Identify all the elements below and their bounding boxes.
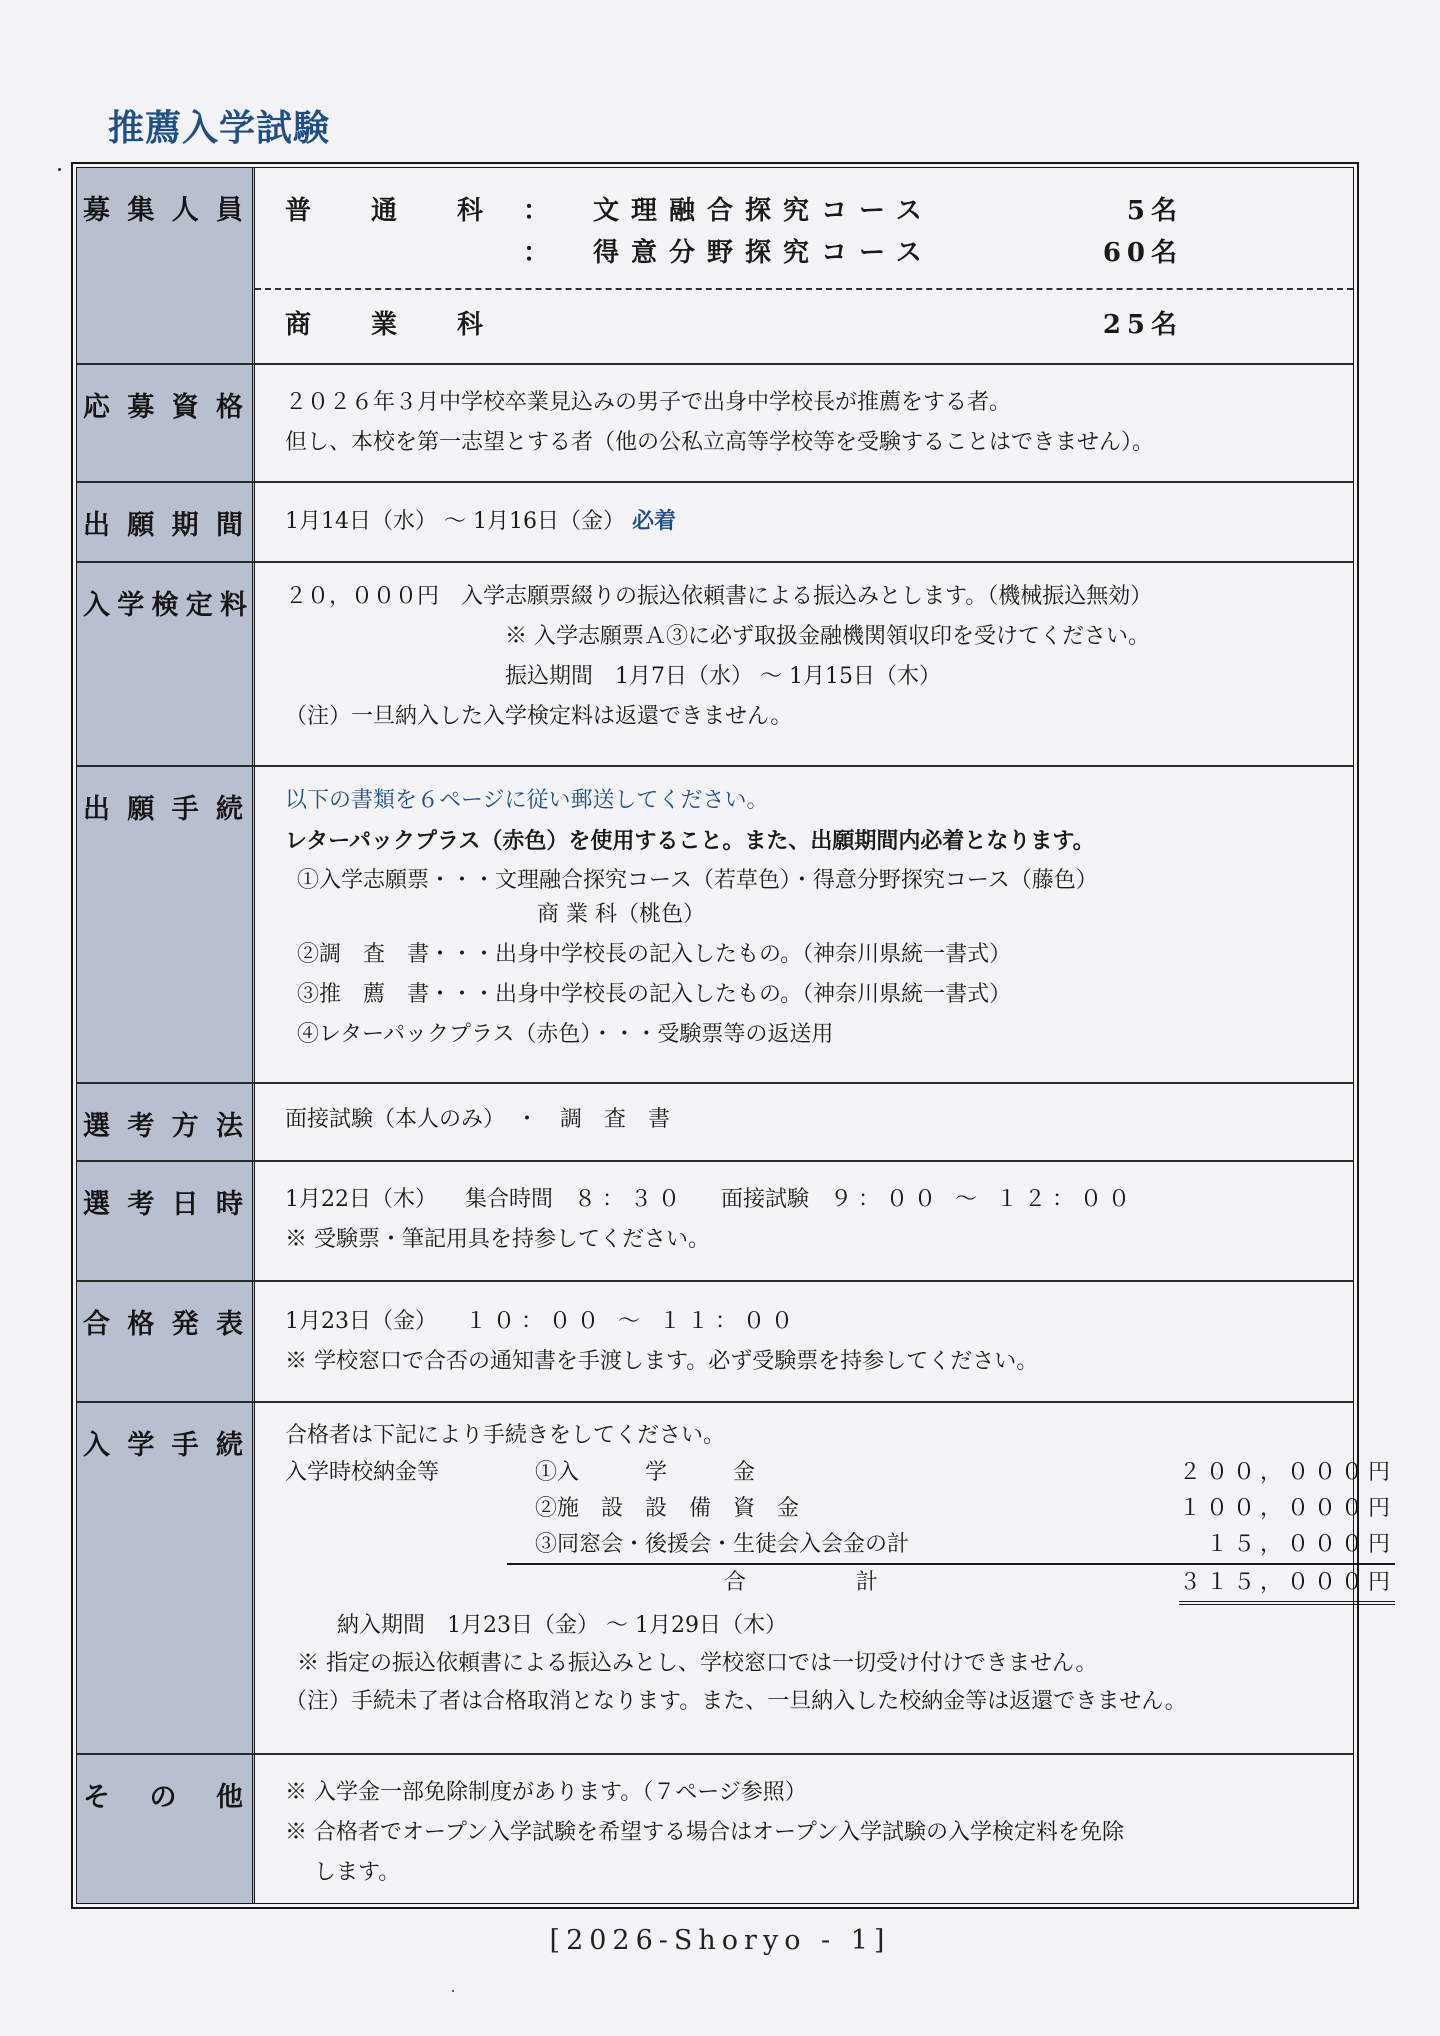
course-name: 文理融合探究コース [593,191,1013,231]
page-title: 推薦入学試験 [108,100,330,151]
content-other: ※ 入学金一部免除制度があります。（７ページ参照） ※ 合格者でオープン入学試験… [255,1755,1353,1903]
content-eligibility: ２０２６年３月中学校卒業見込みの男子で出身中学校長が推薦をする者。 但し、本校を… [255,365,1353,481]
content-selection-date: 1月22日（木） 集合時間 ８：３０ 面接試験 ９：００ ～ １２：００ ※ 受… [255,1162,1353,1280]
content-procedure: 以下の書類を６ページに従い郵送してください。 レターパックプラス（赤色）を使用す… [255,767,1353,1082]
content-exam-fee: ２０，０００円 入学志願票綴りの振込依頼書による振込みとします。（機械振込無効）… [255,563,1353,766]
list-item: 商 業 科（桃色） [285,895,1335,935]
total-label: 合 計 [507,1563,1095,1605]
label-enrollment: 入学 手続 [77,1403,255,1753]
row-procedure: 出願 手続 以下の書類を６ページに従い郵送してください。 レターパックプラス（赤… [77,767,1353,1084]
row-enrollment: 入学 手続 合格者は下記により手続きをしてください。 入学時校納金等 ①入 学 … [77,1403,1353,1755]
page-footer: [2026-Shoryo - 1] [0,1925,1440,1956]
exam-info-table: 募 集 人 員 普 通 科 ： 文理融合探究コース 5名 [71,162,1359,1909]
row-recruitment: 募 集 人 員 普 通 科 ： 文理融合探究コース 5名 [77,168,1353,365]
course-count: 5名 [1013,191,1183,231]
fee-name: ③同窓会・後援会・生徒会入会金の計 [535,1527,1095,1563]
row-announcement: 合格 発表 1月23日（金） １０：００ ～ １１：００ ※ 学校窓口で合否の通… [77,1282,1353,1404]
content-selection-method: 面接試験（本人のみ） ・ 調 査 書 [255,1084,1353,1160]
row-exam-fee: 入学 検定 料 ２０，０００円 入学志願票綴りの振込依頼書による振込みとします。… [77,563,1353,768]
notice: レターパックプラス（赤色）を使用すること。また、出願期間内必着となります。 [285,821,1335,861]
scan-speck [58,168,61,171]
content-application-period: 1月14日（水） ～ 1月16日（金） 必着 [255,483,1353,561]
fee-amount: １００，０００円 [1095,1491,1395,1527]
scan-speck [452,1990,454,1992]
list-item: ④レターパックプラス（赤色）・・・受験票等の返送用 [285,1015,1335,1055]
label-application-period: 出願 期間 [77,483,255,561]
label-selection-date: 選考 日時 [77,1162,255,1280]
label-other: その 他 [77,1755,255,1903]
list-item: ②調 査 書・・・出身中学校長の記入したもの。（神奈川県統一書式） [285,935,1335,975]
dept-shogyo: 商 業 科 [285,305,523,345]
course-row: 普 通 科 ： 文理融合探究コース 5名 [285,190,1335,232]
row-selection-method: 選考 方法 面接試験（本人のみ） ・ 調 査 書 [77,1084,1353,1162]
label-eligibility: 応募 資格 [77,365,255,481]
fee-amount: １５，０００円 [1095,1527,1395,1563]
content-enrollment: 合格者は下記により手続きをしてください。 入学時校納金等 ①入 学 金 ２００，… [255,1403,1413,1753]
list-item: ③推 薦 書・・・出身中学校長の記入したもの。（神奈川県統一書式） [285,975,1335,1015]
fee-name: ②施 設 設 備 資 金 [535,1491,1095,1527]
course-count: 60名 [1013,233,1183,273]
label-selection-method: 選考 方法 [77,1084,255,1160]
label-recruitment: 募 集 人 員 [77,168,255,363]
label-procedure: 出願 手続 [77,767,255,1082]
label-exam-fee: 入学 検定 料 [77,563,255,766]
content-recruitment: 普 通 科 ： 文理融合探究コース 5名 ： 得意分野探究コース 60名 [255,168,1353,363]
emphasis-must-arrive: 必着 [632,508,676,534]
row-other: その 他 ※ 入学金一部免除制度があります。（７ページ参照） ※ 合格者でオープ… [77,1755,1353,1903]
dashed-divider [255,288,1353,290]
label-announcement: 合格 発表 [77,1282,255,1402]
fee-amount: ２００，０００円 [1095,1455,1395,1491]
row-selection-date: 選考 日時 1月22日（木） 集合時間 ８：３０ 面接試験 ９：００ ～ １２：… [77,1162,1353,1282]
dept-futsuka: 普 通 科 [285,191,523,231]
course-row: 商 業 科 25名 [285,304,1335,346]
fee-table: 入学時校納金等 ①入 学 金 ２００，０００円 ②施 設 設 備 資 金 １００… [285,1455,1395,1605]
content-announcement: 1月23日（金） １０：００ ～ １１：００ ※ 学校窓口で合否の通知書を手渡し… [255,1282,1353,1402]
course-row: ： 得意分野探究コース 60名 [285,232,1335,274]
course-name: 得意分野探究コース [593,233,1013,273]
fee-name: ①入 学 金 [535,1455,1095,1491]
row-application-period: 出願 期間 1月14日（水） ～ 1月16日（金） 必着 [77,483,1353,563]
row-eligibility: 応募 資格 ２０２６年３月中学校卒業見込みの男子で出身中学校長が推薦をする者。 … [77,365,1353,483]
course-count: 25名 [1013,305,1183,345]
total-amount: ３１５，０００円 [1095,1563,1395,1605]
